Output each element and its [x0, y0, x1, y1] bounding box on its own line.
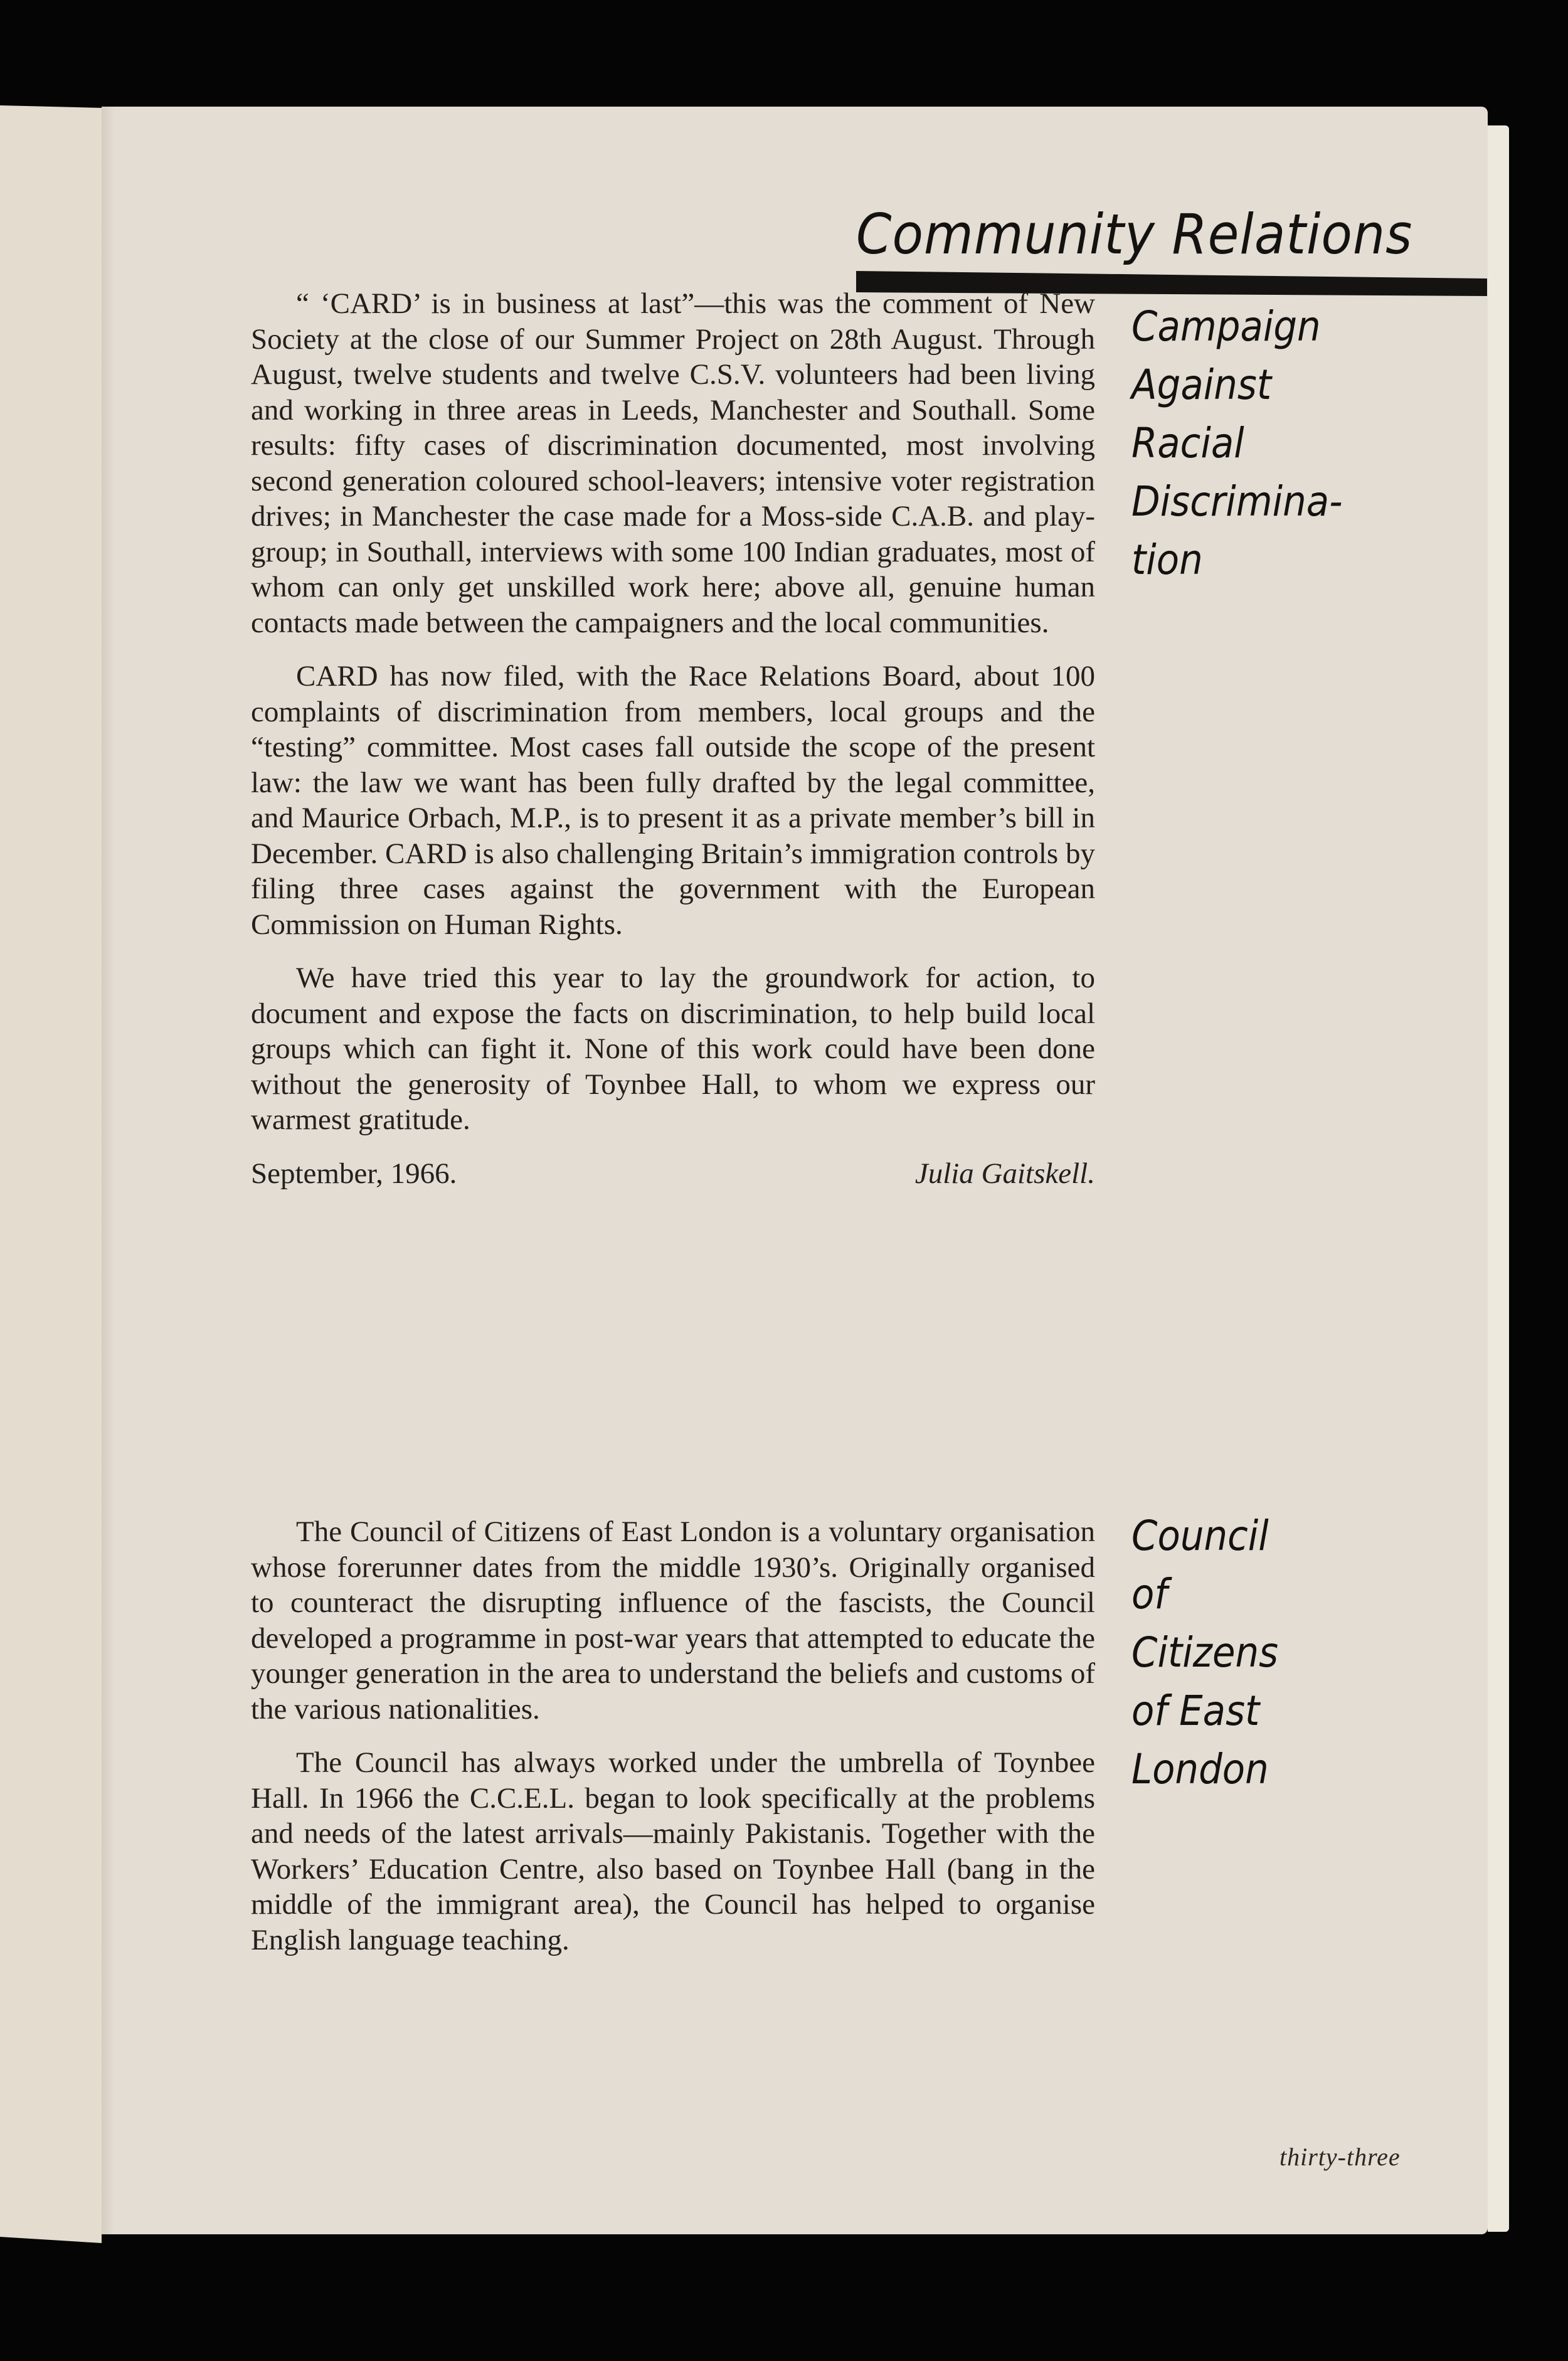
section-card-body: “ ‘CARD’ is in business at last”—this wa…	[251, 286, 1095, 1191]
signoff-date: September, 1966.	[251, 1156, 457, 1191]
heading-line: of	[1131, 1565, 1397, 1623]
paragraph: We have tried this year to lay the groun…	[251, 960, 1095, 1138]
heading-line: London	[1131, 1740, 1397, 1798]
paragraph: “ ‘CARD’ is in business at last”—this wa…	[251, 286, 1095, 640]
heading-line: Against	[1131, 356, 1397, 414]
heading-line: tion	[1131, 531, 1397, 589]
paragraph: The Council of Citizens of East London i…	[251, 1514, 1095, 1727]
heading-line: Council	[1131, 1507, 1397, 1565]
heading-line: of East	[1131, 1682, 1397, 1740]
heading-line: Campaign	[1131, 297, 1397, 356]
signoff: September, 1966. Julia Gaitskell.	[251, 1156, 1095, 1191]
gutter-shadow	[102, 107, 114, 2234]
paragraph: CARD has now filed, with the Race Relati…	[251, 659, 1095, 942]
section-card-heading: Campaign Against Racial Discrimina- tion	[1131, 297, 1397, 589]
heading-line: Citizens	[1131, 1623, 1397, 1682]
section-ccel-heading: Council of Citizens of East London	[1131, 1507, 1397, 1798]
paragraph: The Council has always worked under the …	[251, 1745, 1095, 1958]
signoff-author: Julia Gaitskell.	[915, 1156, 1095, 1191]
page-stack-edge	[1488, 125, 1509, 2232]
page-number: thirty-three	[1279, 2142, 1401, 2172]
section-ccel-body: The Council of Citizens of East London i…	[251, 1514, 1095, 1976]
page-title: Community Relations	[856, 207, 1412, 262]
facing-page-edge	[0, 105, 102, 2243]
heading-line: Discrimina-	[1131, 472, 1397, 531]
heading-line: Racial	[1131, 414, 1397, 472]
document-page: Community Relations “ ‘CARD’ is in busin…	[102, 107, 1488, 2234]
